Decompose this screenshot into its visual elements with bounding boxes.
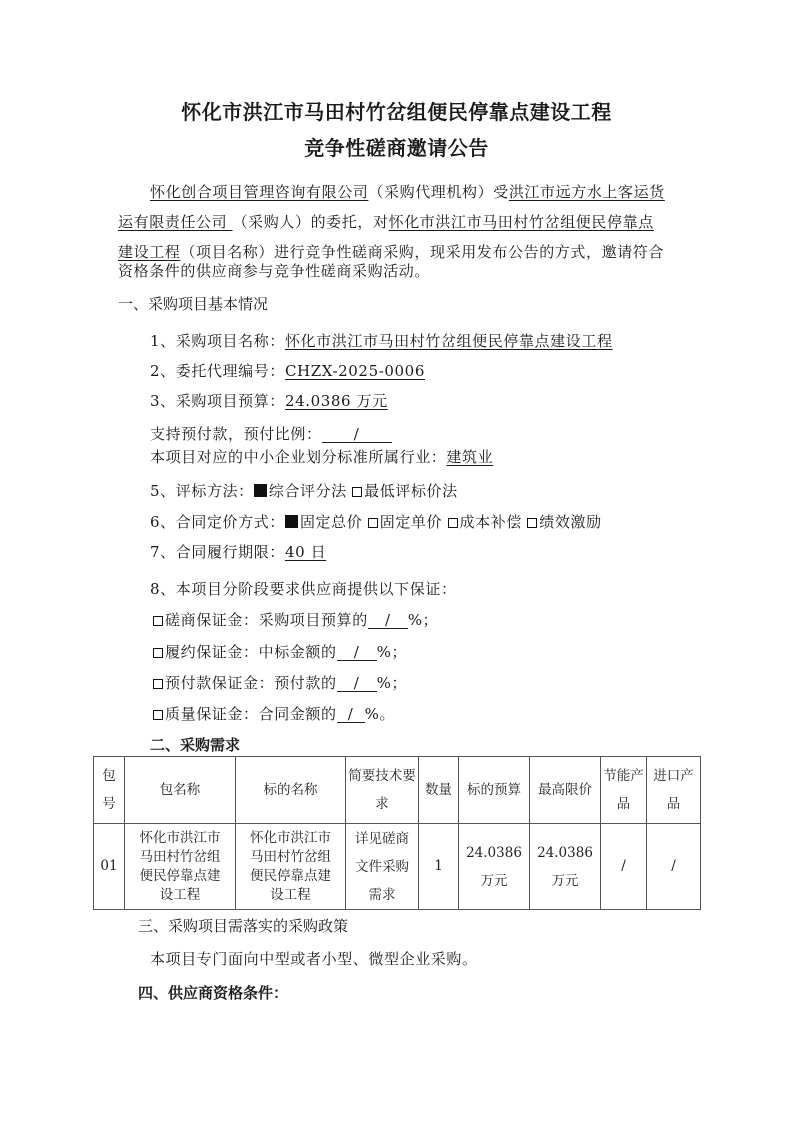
header-max-price: 最高限价 — [530, 757, 601, 824]
header-qty: 数量 — [419, 757, 459, 824]
checkbox-checked-icon[interactable] — [285, 515, 298, 528]
checkbox-checked-icon[interactable] — [254, 484, 267, 497]
guarantee-1-label: 磋商保证金：采购项目预算的 — [165, 611, 368, 629]
checkbox-unchecked-icon[interactable] — [153, 648, 163, 658]
item7-label: 7、合同履行期限： — [150, 543, 285, 561]
item2: 2、委托代理编号：CHZX-2025-0006 — [150, 360, 425, 381]
cell-energy-saving: / — [601, 824, 647, 910]
item6-option-1: 固定总价 — [300, 513, 362, 531]
guarantee-4-label: 质量保证金：合同金额的 — [165, 705, 337, 723]
header-energy-saving: 节能产品 — [601, 757, 647, 824]
guarantee-3-label: 预付款保证金：预付款的 — [165, 674, 337, 692]
item6-option-2: 固定单价 — [380, 513, 442, 531]
item7-value: 40 日 — [285, 543, 326, 561]
item3-label: 3、采购项目预算： — [150, 392, 285, 410]
intro-line4: 资格条件的供应商参与竞争性磋商采购活动。 — [118, 260, 430, 281]
guarantee-1-suffix: %； — [408, 611, 438, 629]
item6-option-3: 成本补偿 — [460, 513, 522, 531]
section3-heading: 三、采购项目需落实的采购政策 — [138, 915, 348, 936]
purchaser-name-part2: 运有限责任公司 — [118, 213, 233, 231]
project-role: （项目名称）进行竞争性磋商采购，现采用发布公告的方式，邀请符合 — [180, 243, 664, 261]
guarantee-1: 磋商保证金：采购项目预算的/%； — [153, 609, 438, 630]
prepay-value: / — [322, 427, 392, 443]
checkbox-unchecked-icon[interactable] — [153, 710, 163, 720]
header-item-name: 标的名称 — [236, 757, 346, 824]
item6: 6、合同定价方式：固定总价 固定单价 成本补偿 绩效激励 — [150, 511, 602, 532]
checkbox-unchecked-icon[interactable] — [153, 679, 163, 689]
checkbox-unchecked-icon[interactable] — [368, 518, 378, 528]
cell-pkg-name: 怀化市洪江市马田村竹岔组便民停靠点建设工程 — [125, 824, 236, 910]
agency-name: 怀化创合项目管理咨询有限公司 — [150, 183, 368, 201]
header-budget: 标的预算 — [459, 757, 530, 824]
header-pkg-no: 包号 — [94, 757, 125, 824]
item3: 3、采购项目预算：24.0386 万元 — [150, 390, 388, 411]
guarantee-4-value: / — [337, 707, 365, 723]
prepay-line: 支持预付款，预付比例：/ — [150, 423, 392, 444]
item6-label: 6、合同定价方式： — [150, 513, 285, 531]
checkbox-unchecked-icon[interactable] — [527, 518, 537, 528]
cell-qty: 1 — [419, 824, 459, 910]
industry-label: 本项目对应的中小企业划分标准所属行业： — [150, 448, 446, 466]
guarantee-4-suffix: %。 — [365, 705, 395, 723]
section1-heading: 一、采购项目基本情况 — [118, 293, 268, 314]
intro-line3: 建设工程（项目名称）进行竞争性磋商采购，现采用发布公告的方式，邀请符合 — [118, 241, 664, 262]
item5-label: 5、评标方法： — [150, 482, 254, 500]
project-name-part2: 建设工程 — [118, 243, 180, 261]
guarantee-2-suffix: %； — [377, 643, 407, 661]
guarantee-2-value: / — [337, 645, 377, 661]
cell-budget: 24.0386 万元 — [459, 824, 530, 910]
item1-label: 1、采购项目名称： — [150, 332, 285, 350]
industry-value: 建筑业 — [446, 448, 493, 466]
item2-value: CHZX-2025-0006 — [285, 362, 425, 380]
item8-label: 8、本项目分阶段要求供应商提供以下保证： — [150, 578, 457, 599]
cell-max-price: 24.0386 万元 — [530, 824, 601, 910]
header-pkg-name: 包名称 — [125, 757, 236, 824]
document-title-line2: 竞争性磋商邀请公告 — [0, 132, 793, 161]
item6-option-4: 绩效激励 — [539, 513, 601, 531]
section2-heading: 二、采购需求 — [150, 734, 240, 755]
intro-line1: 怀化创合项目管理咨询有限公司（采购代理机构）受洪江市远方水上客运货 — [150, 181, 665, 202]
intro-line2: 运有限责任公司 （采购人）的委托，对怀化市洪江市马田村竹岔组便民停靠点 — [118, 211, 654, 232]
procurement-requirements-table: 包号 包名称 标的名称 简要技术要求 数量 标的预算 最高限价 节能产品 进口产… — [93, 756, 701, 910]
purchaser-name-part1: 洪江市远方水上客运货 — [509, 183, 665, 201]
guarantee-3-suffix: %； — [377, 674, 407, 692]
item5-option-1: 综合评分法 — [269, 482, 347, 500]
cell-item-name: 怀化市洪江市马田村竹岔组便民停靠点建设工程 — [236, 824, 346, 910]
industry-line: 本项目对应的中小企业划分标准所属行业：建筑业 — [150, 446, 493, 467]
guarantee-3: 预付款保证金：预付款的/%； — [153, 672, 407, 693]
guarantee-3-value: / — [337, 676, 377, 692]
guarantee-1-value: / — [368, 613, 408, 629]
cell-imported: / — [647, 824, 701, 910]
item7: 7、合同履行期限：40 日 — [150, 541, 326, 562]
checkbox-unchecked-icon[interactable] — [352, 487, 362, 497]
purchaser-role: （采购人）的委托，对 — [233, 213, 389, 231]
guarantee-2-label: 履约保证金：中标金额的 — [165, 643, 337, 661]
guarantee-4: 质量保证金：合同金额的/%。 — [153, 703, 395, 724]
checkbox-unchecked-icon[interactable] — [448, 518, 458, 528]
header-tech-req: 简要技术要求 — [346, 757, 419, 824]
header-imported: 进口产品 — [647, 757, 701, 824]
item5: 5、评标方法：综合评分法 最低评标价法 — [150, 480, 458, 501]
checkbox-unchecked-icon[interactable] — [153, 616, 163, 626]
item1: 1、采购项目名称：怀化市洪江市马田村竹岔组便民停靠点建设工程 — [150, 330, 613, 351]
item5-option-2: 最低评标价法 — [364, 482, 458, 500]
item2-label: 2、委托代理编号： — [150, 362, 285, 380]
section3-body: 本项目专门面向中型或者小型、微型企业采购。 — [150, 948, 478, 969]
agency-role: （采购代理机构）受 — [368, 183, 508, 201]
project-name-part1: 怀化市洪江市马田村竹岔组便民停靠点 — [389, 213, 654, 231]
document-title-line1: 怀化市洪江市马田村竹岔组便民停靠点建设工程 — [0, 96, 793, 125]
cell-pkg-no: 01 — [94, 824, 125, 910]
table-header-row: 包号 包名称 标的名称 简要技术要求 数量 标的预算 最高限价 节能产品 进口产… — [94, 757, 701, 824]
item1-value: 怀化市洪江市马田村竹岔组便民停靠点建设工程 — [285, 332, 613, 350]
item3-value: 24.0386 万元 — [285, 392, 388, 410]
guarantee-2: 履约保证金：中标金额的/%； — [153, 641, 407, 662]
section4-heading: 四、供应商资格条件： — [138, 982, 288, 1003]
table-row: 01 怀化市洪江市马田村竹岔组便民停靠点建设工程 怀化市洪江市马田村竹岔组便民停… — [94, 824, 701, 910]
cell-tech-req: 详见磋商文件采购需求 — [346, 824, 419, 910]
prepay-label: 支持预付款，预付比例： — [150, 425, 322, 443]
